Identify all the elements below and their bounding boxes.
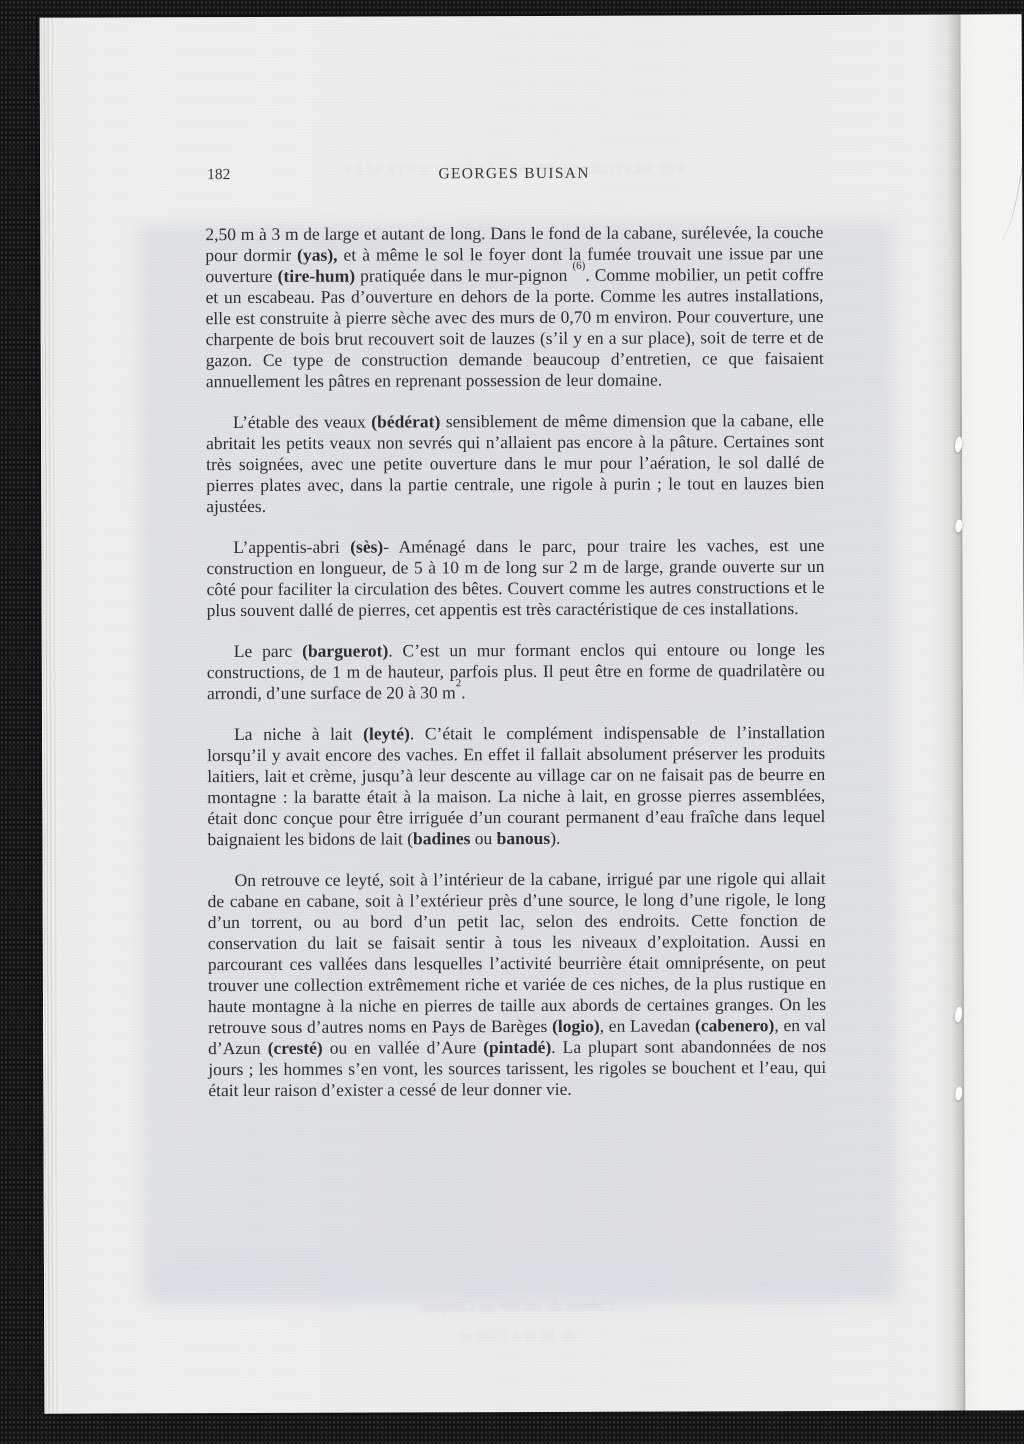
text-segment: ou: [470, 828, 496, 848]
local-dialect-term: (cabenero): [695, 1015, 774, 1035]
text-segment: .: [461, 682, 465, 702]
paragraph-4: Le parc (barguerot). C’est un mur forman…: [207, 639, 825, 704]
paragraph-2: L’étable des veaux (bédérat) sensiblemen…: [206, 410, 824, 517]
page-header: 182 GEORGES BUISAN: [205, 164, 823, 188]
paragraph-5: La niche à lait (leyté). C’était le comp…: [207, 722, 825, 850]
text-segment: , en Lavedan: [600, 1015, 695, 1035]
bleedthrough-caption-line2: de 16 m à 1500 m: [209, 1327, 827, 1347]
paragraph-1: 2,50 m à 3 m de large et autant de long.…: [205, 222, 824, 392]
local-dialect-term: (yas),: [297, 245, 337, 265]
book-page: VIE PASTORALE EN PYRÉNÉES CENTRALES Caba…: [40, 14, 1024, 1413]
text-segment: L’appentis-abri: [233, 537, 350, 557]
text-segment: Le parc: [234, 641, 302, 661]
local-dialect-term: badines: [413, 828, 470, 848]
local-dialect-term: banous: [497, 828, 551, 848]
text-segment: L’étable des veaux: [233, 412, 371, 432]
photo-backdrop: VIE PASTORALE EN PYRÉNÉES CENTRALES Caba…: [0, 0, 1024, 1444]
text-segment: ou en vallée d’Aure: [323, 1037, 484, 1058]
local-dialect-term: (barguerot): [302, 641, 388, 661]
footnote-reference: (6): [572, 260, 585, 272]
local-dialect-term: (sès): [350, 537, 383, 557]
text-segment: La niche à lait: [234, 724, 363, 744]
scan-shading-lower: [154, 1253, 894, 1306]
footnote-reference: 2: [456, 677, 462, 689]
local-dialect-term: (leyté): [363, 723, 410, 743]
text-segment: On retrouve ce leyté, soit à l’intérieur…: [208, 868, 826, 1037]
text-segment: pratiquée dans le mur-pignon: [355, 265, 573, 286]
body-text: 2,50 m à 3 m de large et autant de long.…: [205, 222, 826, 1101]
running-header: GEORGES BUISAN: [205, 164, 823, 184]
local-dialect-term: (tire-hum): [278, 266, 356, 286]
paragraph-3: L’appentis-abri (sès)- Aménagé dans le p…: [206, 535, 824, 621]
local-dialect-term: (pintadé): [483, 1037, 551, 1057]
local-dialect-term: (bédérat): [371, 411, 440, 431]
local-dialect-term: (logio): [552, 1016, 600, 1036]
text-segment: ).: [550, 828, 560, 848]
local-dialect-term: (cresté): [268, 1038, 323, 1058]
paragraph-6: On retrouve ce leyté, soit à l’intérieur…: [208, 868, 827, 1101]
page-stack-edges: [40, 18, 65, 1414]
